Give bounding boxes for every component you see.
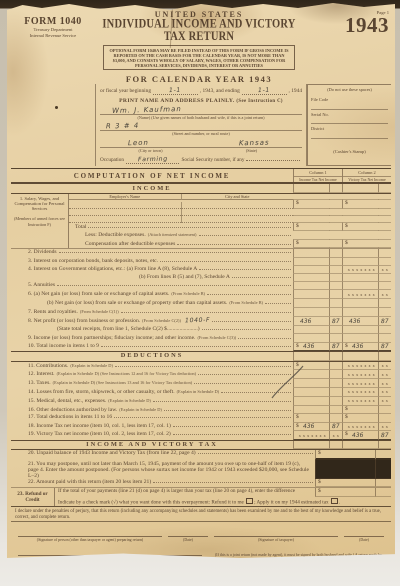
form-row: 8. Net profit (or loss) from business or… [11,317,391,326]
fiscal-mid: , 1943, and ending [200,88,240,94]
employer-row [69,209,391,216]
amount-cell [342,258,378,266]
armed-forces-note: (Members of armed forces see Instruction… [13,216,66,226]
row-label: 7. Rents and royalties.(From Schedule C(… [11,308,293,317]
form-row: 16. Other deductions authorized by law.(… [11,406,391,415]
amount-cell [378,414,391,423]
row-label: 16. Other deductions authorized by law.(… [11,406,293,415]
cents-cell [329,199,342,200]
dollar-sign: $ [296,362,299,370]
amount-cell: x x x x x x x [342,397,378,406]
print-name-instruction: (See Instruction C) [236,99,283,104]
band-label: INCOME AND VICTORY TAX [11,441,293,450]
amount-cell: x x [378,388,391,397]
band-label: DEDUCTIONS [11,352,293,361]
amount-cell [342,441,378,450]
amount-cell [342,326,378,334]
amount-cell: $ [342,240,378,249]
handwritten-city: Leon [128,138,149,147]
table-header-row: COMPUTATION OF NET INCOME Column 1 Incom… [11,169,391,183]
amount-cell [293,282,329,290]
amount-cell [329,299,342,308]
year-block: Page 1 1943 [303,8,391,35]
amount-cell [342,282,378,290]
amount-cell [293,215,329,216]
name-address-block: or fiscal year beginning 1-1 , 1943, and… [95,84,307,166]
refund-checkbox [246,498,253,505]
employer-blank [69,202,181,209]
cents-cell [329,239,342,240]
row-label: (b) From lines B (5) and (7), Schedule A [11,274,293,282]
amount-cell [342,352,378,361]
handwritten-cents: 87 [332,343,340,350]
amount-cell: $ [342,414,378,423]
dollar-sign: $ [296,200,299,208]
handwritten-cents: 87 [381,432,389,439]
amount-cell: $ [342,200,378,209]
amount-cell: x x [378,397,391,406]
handwritten-amount: 436 [349,317,361,324]
form-1040-page: FORM 1040 Treasury Department Internal R… [7,2,395,558]
amount-cell [329,308,342,317]
row-label: 18. Income Tax net income (item 10, col.… [11,423,293,432]
row-label: 3. Interest on corporation bonds, bank d… [11,258,293,266]
amount-cell [293,326,329,334]
less-label: Less: Deductible expenses. [85,232,146,240]
item1-label: 1. Salary, Wages, and Compensation for P… [13,196,66,212]
cents-cell [378,199,391,200]
amount-cell [293,299,329,308]
amount-cell [378,406,391,415]
item1-label-cell: 1. Salary, Wages, and Compensation for P… [11,194,69,249]
city-caption: (City or town) [100,148,201,154]
form-row: 17. Total deductions in items 11 to 16$$ [11,414,391,423]
handwritten-cents: 87 [332,317,340,324]
city-state-captions: (City or town) (State) [100,148,302,154]
amount-cell: $ [315,450,375,460]
row-label: 10. Total income in items 1 to 9 [11,343,293,352]
joint-return-note: (If this is a joint return (not made by … [205,547,387,562]
amount-cell [378,258,391,266]
row-label: 4. Interest on Government obligations, e… [11,266,293,274]
amount-cell: $ [315,488,375,497]
amount-cell [329,334,342,343]
preparer-signature-field: (Signature of person (other than taxpaye… [15,525,165,543]
date1-caption: (Date) [168,538,208,543]
amount-cell [293,334,329,343]
compensation-row: Compensation after deductible expenses $… [69,240,391,249]
date-field: (Date) [165,525,211,543]
date2-caption: (Date) [344,538,384,543]
left-margin [11,84,95,166]
form-row: 3. Interest on corporation bonds, bank d… [11,258,391,266]
cents-cell [329,247,342,248]
amount-cell: x x x x x x x [342,290,378,299]
form-row: 4. Interest on Government obligations, e… [11,266,391,274]
dollar-sign: $ [296,240,299,248]
cents-cell [378,239,391,240]
amount-cell [293,388,329,397]
amount-cell: 87 [378,317,391,326]
taxpayer-section: or fiscal year beginning 1-1 , 1943, and… [11,84,391,166]
amount-cell: x x [378,379,391,388]
district-field: District [311,124,388,139]
refund-credit-block: 23. Refund or Credit If the total of you… [11,487,391,507]
handwritten-amount: 436 [352,432,364,439]
handwritten-name: Wm. J. Kaufman [112,105,182,115]
firm-caption: (Name of firm or employer, if any) [18,557,202,562]
amount-cell: $ [293,240,329,249]
item1-block: 1. Salary, Wages, and Compensation for P… [11,194,391,250]
agency-line2: Internal Revenue Service [11,33,95,39]
tax-year: 1943 [303,15,389,35]
table-title: COMPUTATION OF NET INCOME [11,169,293,182]
taxpayer-caption: (Signature of taxpayer) [214,538,338,543]
amount-cell [375,460,391,479]
row-label: 5. Annuities [11,282,293,290]
amount-cell [329,249,342,257]
handwritten-note: 1040-F [185,317,210,325]
form-row: 6. (a) Net gain (or loss) from sale or e… [11,290,391,299]
dollar-sign: $ [345,240,348,248]
amount-cell [375,479,391,488]
form-row: (State total receipts, from line 1, Sche… [11,326,391,334]
refund-line2-text: Indicate by a check mark (√) what you wa… [55,497,391,506]
employer-row: $ $ [69,200,391,209]
amount-cell: $ [293,362,329,371]
compensation-label: Compensation after deductible expenses [85,241,175,249]
amount-cell: 436 [293,317,329,326]
cents-cell [375,488,391,497]
item1-entry-area: Employer's Name City and State $ $ [69,194,391,249]
amount-cell: 87 [378,343,391,352]
amount-cell [342,215,378,216]
handwritten-amount: 436 [352,343,364,350]
amount-cell [293,308,329,317]
handwritten-cents: 87 [332,423,340,430]
amount-cell [329,282,342,290]
amount-cell [342,249,378,257]
refund-choice-end: . [339,499,340,505]
dollar-sign: $ [296,343,299,351]
cents-cell [378,184,391,193]
amount-cell [378,334,391,343]
preparer-caption: (Signature of person (other than taxpaye… [18,538,162,543]
form-row: 11. Contributions.(Explain in Schedule D… [11,362,391,371]
cents-cell [329,222,342,223]
amount-cell [329,379,342,388]
row-label: 6. (a) Net gain (or loss) from sale or e… [11,290,293,299]
column2-title: Column 2 [343,169,391,177]
fiscal-prefix: or fiscal year beginning [100,88,151,94]
amount-cell: x x [378,423,391,432]
dollar-sign: $ [296,414,299,422]
employer-blank [69,216,181,223]
amount-cell: x x x x x x x [342,266,378,274]
amount-cell: x x [378,362,391,371]
state-caption: (State) [201,148,302,154]
amount-cell: x x x x x x x [342,362,378,371]
signature-row: (Signature of person (other than taxpaye… [11,525,391,543]
employer-row [69,216,391,223]
city-blank [181,209,294,216]
form-row: 15. Medical, dental, etc., expenses.(Exp… [11,397,391,406]
amount-cell: x x [378,370,391,379]
cents-cell [378,208,391,209]
income-band: INCOME [11,183,391,194]
amount-cell [378,282,391,290]
form-title: INDIVIDUAL INCOME AND VICTORY TAX RETURN [95,18,303,43]
amount-cell [375,450,391,460]
amount-cell [315,460,375,479]
amount-cell [293,352,329,361]
handwritten-fiscal-end: 1-1 [258,87,270,94]
dollar-sign: $ [318,450,321,458]
fiscal-year-line: or fiscal year beginning 1-1 , 1943, and… [100,87,302,95]
amount-cell: x x x x x x x [342,379,378,388]
form-row: 9. Income (or loss) from partnerships; f… [11,334,391,343]
form-row: 20. Unpaid balance of 1943 Income and Vi… [11,450,391,460]
city-blank [181,216,294,223]
form-row: 22. Amount paid with this return (item 2… [11,479,391,488]
dollar-sign: $ [345,223,348,231]
amount-cell [342,308,378,317]
row-label: (State total receipts, from line 1, Sche… [11,326,293,334]
row-label: 8. Net profit (or loss) from business or… [11,317,293,326]
amount-cell [378,299,391,308]
less-expenses-row: Less: Deductible expenses.(Attach itemiz… [69,231,391,240]
column1-title: Column 1 [294,169,342,177]
total-row: Total $ $ [69,223,391,232]
amount-cell [293,266,329,274]
refund-choice-row: Indicate by a check mark (√) what you wa… [55,497,391,506]
amount-cell [293,441,329,450]
amount-cell: 87 [329,317,342,326]
row-label: (b) Net gain (or loss) from sale or exch… [11,299,293,308]
amount-cell: $436 [293,423,329,432]
amount-cell: x x [329,431,342,440]
cashiers-stamp-caption: (Cashier's Stamp) [311,149,388,154]
amount-cell [378,441,391,450]
form-row: (b) Net gain (or loss) from sale or exch… [11,299,391,308]
amount-cell: 436 [342,317,378,326]
amount-cell: $ [342,223,378,232]
amount-cell [293,258,329,266]
amount-cell: $436 [293,343,329,352]
print-code: 16—37440-1 [11,562,391,569]
column1-header: Column 1 Income Tax Net Income [293,169,342,182]
form-row: 13. Taxes.(Explain in Schedule D) (See I… [11,379,391,388]
ssn-label: Social Security number, if any [181,157,244,163]
amount-cell: x x [378,290,391,299]
city-state-field: Leon Kansas [100,137,302,148]
amount-cell [342,184,378,193]
taxpayer-signature-field: (Signature of taxpayer) [211,525,341,543]
date-field: (Date) [341,525,387,543]
amount-cell: $ [293,223,329,232]
handwritten-amount: 436 [303,423,315,430]
occupation-field: Farming [126,156,180,164]
amount-cell: $ [293,200,329,209]
amount-cell [329,370,342,379]
firm-name-field: (Name of firm or employer, if any) [15,547,205,562]
amount-cell: $436 [342,431,378,440]
section-band: DEDUCTIONS [11,351,391,362]
row-label: 15. Medical, dental, etc., expenses.(Exp… [11,397,293,406]
file-code-field: File Code [311,95,388,110]
row-label: 20. Unpaid balance of 1943 Income and Vi… [11,450,315,460]
name-field: Wm. J. Kaufman [100,104,302,115]
row-label: 2. Dividends [11,249,293,257]
row-label: 19. Victory Tax net income (item 10, col… [11,431,293,440]
form-row: 18. Income Tax net income (item 10, col.… [11,423,391,432]
calendar-year-line: FOR CALENDAR YEAR 1943 [95,74,303,84]
amount-cell: x x x x x x x [342,370,378,379]
refund-amount-row: If the total of your payments (line 21 (… [55,488,391,497]
amount-cell [378,274,391,282]
form-row: 7. Rents and royalties.(From Schedule C(… [11,308,391,317]
amount-cell: x x x x x x x [342,388,378,397]
amount-cell [342,334,378,343]
income-band-label: INCOME [11,184,293,193]
dollar-sign: $ [296,423,299,431]
handwritten-amount: 436 [300,317,312,324]
amount-cell: $436 [342,343,378,352]
apply-checkbox [331,498,338,505]
amount-cell [293,397,329,406]
amount-cell [329,266,342,274]
amount-cell [293,290,329,299]
computation-table: COMPUTATION OF NET INCOME Column 1 Incom… [11,168,391,507]
amount-cell [293,379,329,388]
cents-cell [378,247,391,248]
amount-cell [378,249,391,257]
form-row: 19. Victory Tax net income (item 10, col… [11,431,391,440]
row-label: 11. Contributions.(Explain in Schedule D… [11,362,293,371]
fiscal-end-field: 1-1 [242,87,287,95]
amount-cell: 87 [378,431,391,440]
less-note: (Attach itemized statement) [148,231,197,239]
row-label: 14. Losses from fire, storm, shipwreck, … [11,388,293,397]
amount-cell [378,326,391,334]
column2-subtitle: Victory Tax Net Income [343,177,391,182]
form-row: 10. Total income in items 1 to 9$43687$4… [11,343,391,352]
row-label: 12. Interest.(Explain in Schedule D) (Se… [11,370,293,379]
amount-cell: x x x x x x x [293,431,329,440]
amount-cell: 87 [329,423,342,432]
form-row: 14. Losses from fire, storm, shipwreck, … [11,388,391,397]
handwritten-street: R 3 # 4 [106,122,140,131]
handwritten-cents: 87 [381,343,389,350]
refund-choice-prefix: Indicate by a check mark (√) what you wa… [58,499,244,505]
cents-cell [378,230,391,231]
firm-row: (Name of firm or employer, if any) (If t… [11,547,391,562]
dollar-sign: $ [318,479,321,487]
cents-cell [329,184,342,193]
amount-cell: x x [378,266,391,274]
amount-cell [293,370,329,379]
row-label: 17. Total deductions in items 11 to 16 [11,414,293,423]
amount-cell [329,274,342,282]
occupation-label: Occupation [100,157,124,163]
print-name-label: PRINT NAME AND ADDRESS PLAINLY. (See Ins… [100,98,302,104]
column2-header: Column 2 Victory Tax Net Income [342,169,391,182]
refund-line1-text: If the total of your payments (line 21 (… [55,488,315,497]
optional-form-note: OPTIONAL FORM 1040A MAY BE FILED INSTEAD… [103,45,295,70]
form-row: 2. Dividends [11,249,391,257]
cents-cell [329,230,342,231]
city-blank [181,202,294,209]
table-rows: 2. Dividends3. Interest on corporation b… [11,249,391,487]
cents-cell [378,215,391,216]
section-band: INCOME AND VICTORY TAX [11,440,391,451]
column1-subtitle: Income Tax Net Income [294,177,342,182]
cashier-stamp-box: (Do not use these spaces) File Code Seri… [307,84,391,166]
form-row: 21. You may postpone, until not later th… [11,460,391,479]
dollar-sign: $ [296,223,299,231]
title-block: UNITED STATES INDIVIDUAL INCOME AND VICT… [95,8,303,84]
dollar-sign: $ [345,343,348,351]
refund-credit-label: 23. Refund or Credit [11,488,55,506]
amount-cell [342,299,378,308]
form-row: (b) From lines B (5) and (7), Schedule A [11,274,391,282]
amount-cell [329,258,342,266]
fiscal-begin-field: 1-1 [153,87,198,95]
dollar-sign: $ [345,406,348,414]
fiscal-suffix: , 1944 [289,88,302,94]
amount-cell [329,352,342,361]
ssn-field [246,160,300,161]
amount-cell [342,274,378,282]
amount-cell [378,308,391,317]
row-label: 22. Amount paid with this return (item 2… [11,479,315,488]
amount-cell [378,352,391,361]
employer-blank [69,209,181,216]
amount-cell: 87 [329,343,342,352]
amount-cell [329,290,342,299]
dollar-sign: $ [345,414,348,422]
row-label: 9. Income (or loss) from partnerships; f… [11,334,293,343]
dollar-sign: $ [345,431,348,439]
handwritten-amount: 436 [303,343,315,350]
row-label: 13. Taxes.(Explain in Schedule D) (See I… [11,379,293,388]
amount-cell [293,249,329,257]
refund-choice-mid: ; Apply it on my 1944 estimated tax [254,499,329,505]
amount-cell [329,414,342,423]
form-header: FORM 1040 Treasury Department Internal R… [11,8,391,84]
form-number: FORM 1040 [11,16,95,27]
form-number-block: FORM 1040 Treasury Department Internal R… [11,8,95,38]
handwritten-state: Kansas [239,138,270,147]
handwritten-fiscal-begin: 1-1 [169,87,181,94]
amount-cell: $ [293,414,329,423]
occupation-line: Occupation Farming Social Security numbe… [100,156,302,164]
amount-cell [329,441,342,450]
amount-cell [293,274,329,282]
row-label: 21. You may postpone, until not later th… [11,460,315,479]
amount-cell [329,362,342,371]
amount-cell: $ [315,479,375,488]
do-not-use-label: (Do not use these spaces) [311,87,388,92]
amount-cell [329,406,342,415]
cents-cell [329,208,342,209]
cents-cell [378,222,391,223]
form-row: 5. Annuities [11,282,391,290]
amount-cell [329,397,342,406]
form-row: 12. Interest.(Explain in Schedule D) (Se… [11,370,391,379]
dollar-sign: $ [318,488,321,496]
amount-cell [329,388,342,397]
